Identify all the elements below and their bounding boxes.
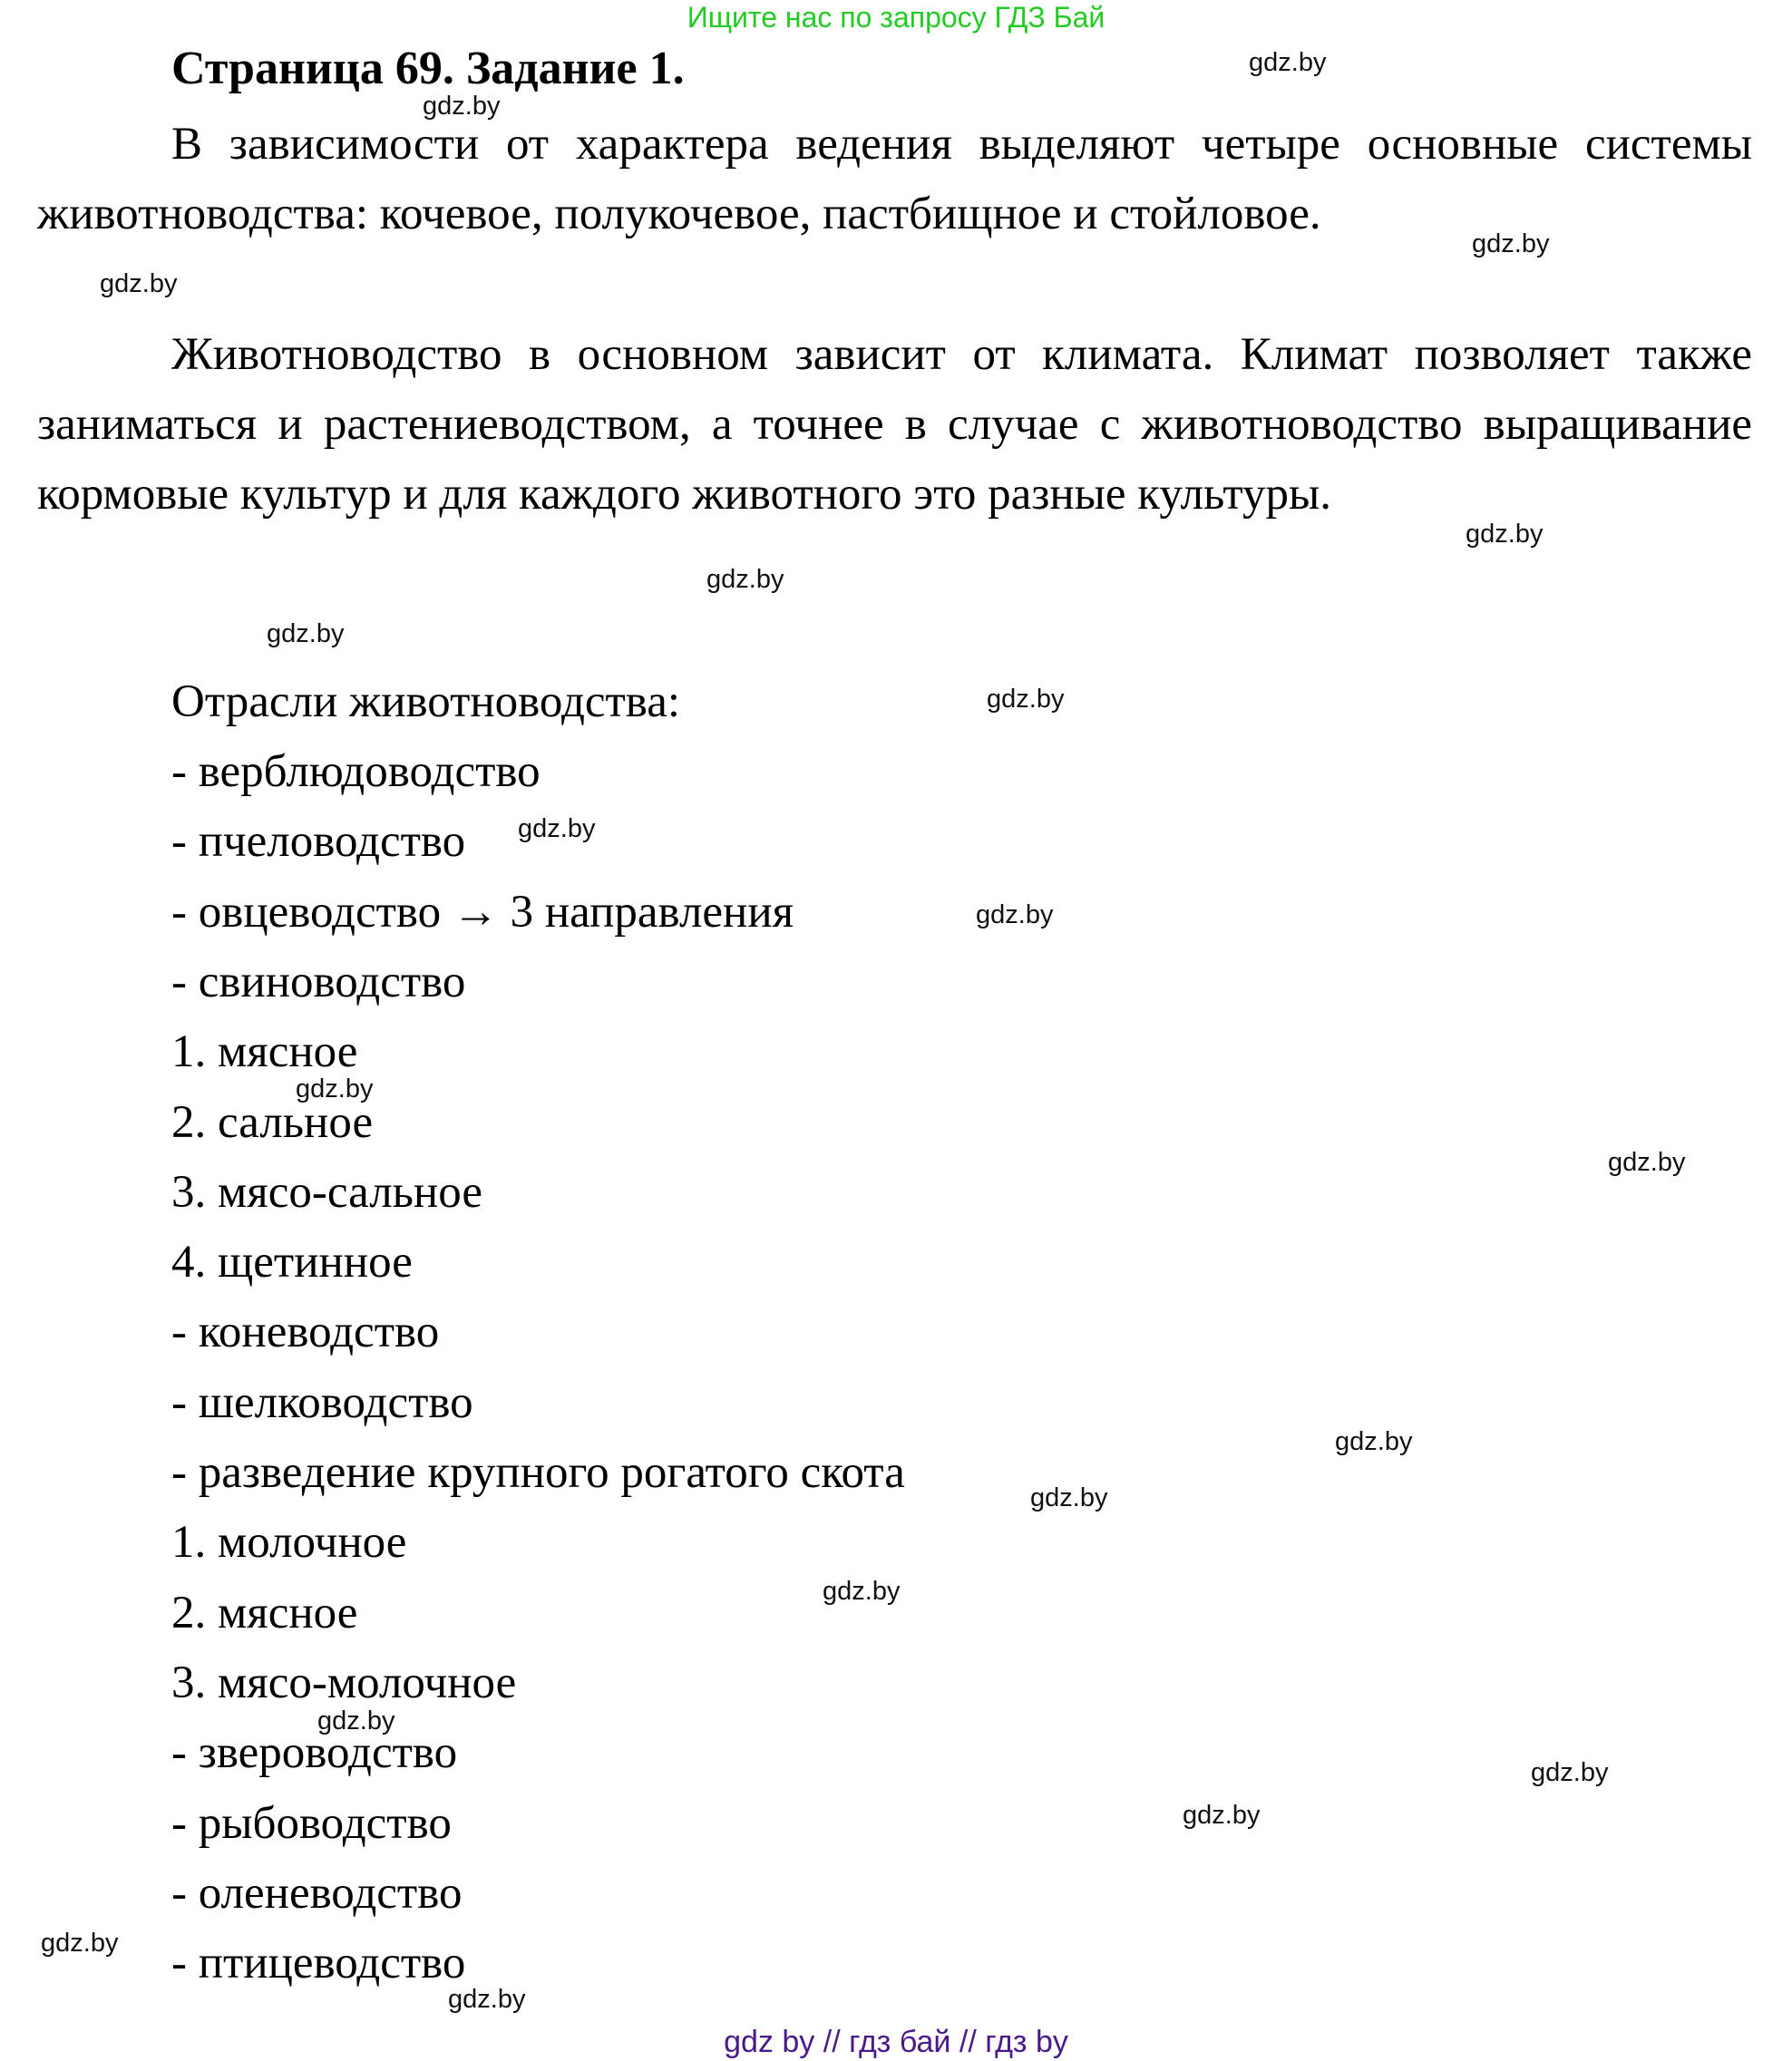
list-item: - овцеводство → 3 направления [171, 885, 794, 939]
watermark: gdz.by [1466, 520, 1543, 549]
list-item: 1. молочное [171, 1515, 406, 1570]
list-item: - свиноводство [171, 955, 465, 1009]
list-item: - пчеловодство [171, 814, 465, 869]
list-item: 3. мясо-молочное [171, 1656, 516, 1710]
watermark: gdz.by [823, 1577, 900, 1607]
list-heading: Отрасли животноводства: [171, 675, 680, 729]
footer-links[interactable]: gdz by // гдз бай // гдз by [0, 2025, 1792, 2060]
watermark: gdz.by [1030, 1483, 1107, 1513]
list-item: 1. мясное [171, 1025, 357, 1079]
list-item: - звероводство [171, 1726, 457, 1780]
search-hint-banner[interactable]: Ищите нас по запросу ГДЗ Бай [0, 0, 1792, 34]
watermark: gdz.by [1608, 1148, 1685, 1178]
list-item: - птицеводство [171, 1936, 465, 1990]
watermark: gdz.by [41, 1929, 118, 1959]
watermark: gdz.by [987, 685, 1064, 715]
watermark: gdz.by [448, 1985, 525, 2015]
watermark: gdz.by [296, 1074, 373, 1104]
list-item: 3. мясо-сальное [171, 1165, 482, 1220]
list-item: - рыбоводство [171, 1796, 452, 1851]
list-item: - шелководство [171, 1376, 473, 1430]
list-item: 4. щетинное [171, 1235, 413, 1289]
watermark: gdz.by [100, 269, 177, 299]
paragraph-1: В зависимости от характера ведения выдел… [37, 110, 1752, 249]
page-title: Страница 69. Задание 1. [171, 42, 685, 95]
list-item: - оленеводство [171, 1866, 462, 1920]
watermark: gdz.by [1472, 229, 1549, 259]
list-item: 2. мясное [171, 1586, 357, 1640]
paragraph-2: Животноводство в основном зависит от кли… [37, 320, 1752, 530]
watermark: gdz.by [267, 619, 344, 649]
watermark: gdz.by [317, 1706, 394, 1736]
watermark: gdz.by [423, 92, 500, 122]
watermark: gdz.by [1183, 1801, 1260, 1831]
watermark: gdz.by [706, 565, 784, 595]
list-item: - разведение крупного рогатого скота [171, 1445, 905, 1500]
list-item: - коневодство [171, 1305, 439, 1359]
watermark: gdz.by [1249, 48, 1326, 78]
list-item: - верблюдоводство [171, 744, 541, 799]
watermark: gdz.by [1531, 1758, 1608, 1788]
watermark: gdz.by [976, 900, 1053, 930]
watermark: gdz.by [1335, 1427, 1412, 1457]
watermark: gdz.by [518, 814, 595, 844]
